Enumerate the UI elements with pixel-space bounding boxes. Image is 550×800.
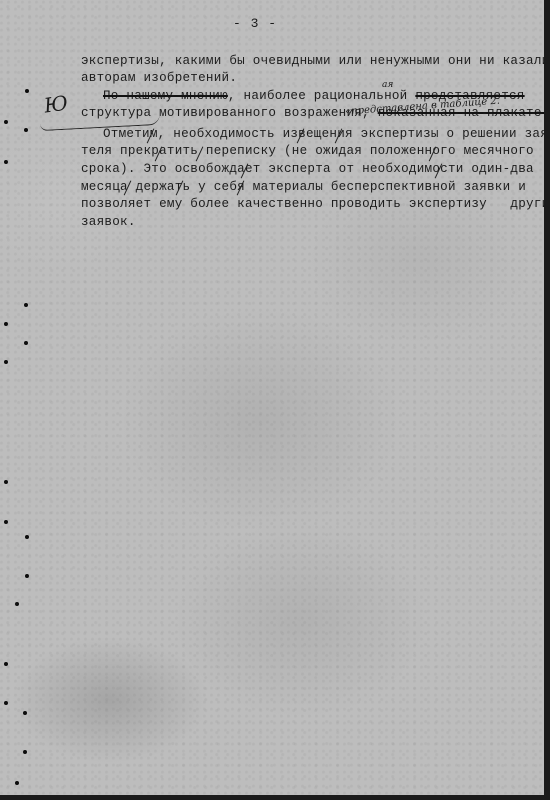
punch-hole: [24, 341, 28, 345]
punch-hole: [25, 89, 29, 93]
punch-hole: [4, 322, 8, 326]
punch-hole: [25, 574, 29, 578]
punch-hole: [4, 160, 8, 164]
punch-hole: [24, 303, 28, 307]
text-line: заявок.: [81, 215, 136, 229]
punch-hole: [15, 781, 19, 785]
punch-hole: [25, 535, 29, 539]
text-line: авторам изобретений.: [81, 71, 237, 85]
punch-hole: [4, 120, 8, 124]
punch-hole: [23, 711, 27, 715]
document-page: - 3 - экспертизы, какими бы очевидными и…: [0, 0, 544, 795]
text-line: теля прекратить переписку (не ожидая пол…: [81, 144, 534, 158]
text-line: Отметим, необходимость извещения эксперт…: [103, 127, 544, 141]
scan-border-bottom: [0, 795, 550, 800]
punch-hole: [4, 360, 8, 364]
punch-hole: [23, 750, 27, 754]
punch-hole: [24, 128, 28, 132]
text-line: срока). Это освобождает эксперта от необ…: [81, 162, 534, 176]
text-line: позволяет ему более качественно проводит…: [81, 197, 544, 211]
punch-hole: [15, 602, 19, 606]
punch-hole: [4, 520, 8, 524]
scan-border-right: [544, 0, 550, 800]
punch-hole: [4, 480, 8, 484]
handwritten-insert-above: ая: [382, 80, 393, 90]
text-line: экспертизы, какими бы очевидными или нен…: [81, 54, 544, 68]
page-number: - 3 -: [0, 16, 510, 31]
punch-hole: [4, 701, 8, 705]
punch-hole: [4, 662, 8, 666]
handwritten-margin-note: Ю: [42, 90, 69, 117]
text-line: месяца держать у себя материалы бесперсп…: [81, 180, 526, 194]
struck-text: По нашему мнению: [103, 89, 228, 103]
text-fragment: , наиболее рациональной: [228, 89, 415, 103]
